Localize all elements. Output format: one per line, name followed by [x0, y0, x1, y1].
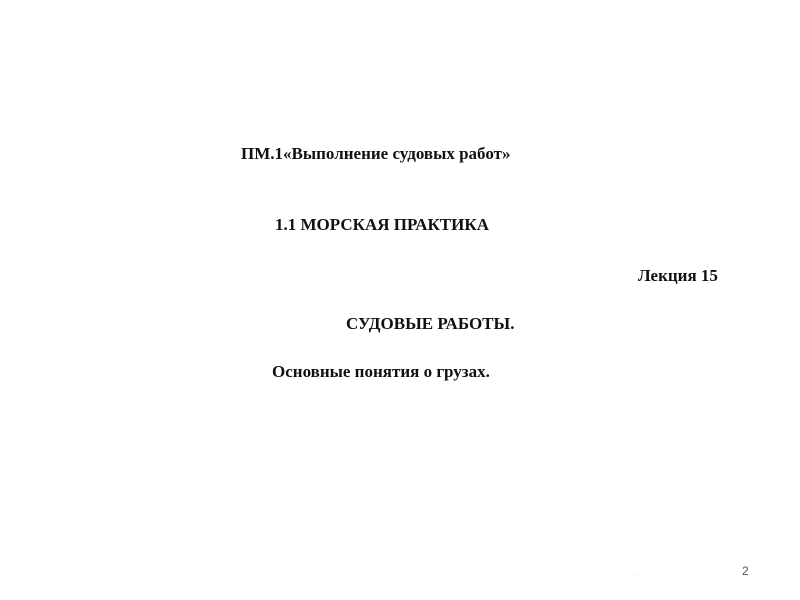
footer-dots: ...: [632, 567, 640, 577]
subtopic-heading: Основные понятия о грузах.: [272, 362, 490, 382]
course-title: 1.1 МОРСКАЯ ПРАКТИКА: [275, 215, 489, 235]
lecture-number: Лекция 15: [638, 266, 718, 286]
topic-heading: СУДОВЫЕ РАБОТЫ.: [346, 314, 514, 334]
page-number: 2: [742, 564, 749, 578]
module-title: ПМ.1«Выполнение судовых работ»: [241, 144, 510, 164]
